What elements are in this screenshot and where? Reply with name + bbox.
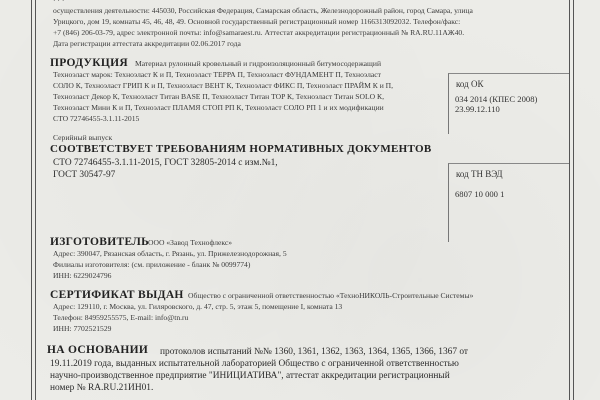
manufacturer-address: Адрес: 390047, Рязанская область, г. Ряз… bbox=[53, 249, 287, 260]
conformity-line-1: СТО 72746455-3.1.11-2015, ГОСТ 32805-201… bbox=[53, 157, 278, 170]
basis-first-line: протоколов испытаний №№ 1360, 1361, 1362… bbox=[160, 346, 468, 359]
left-border-inner bbox=[35, 0, 36, 400]
product-line-2: СОЛО К, Техноэласт ГРИП К и П, Техноэлас… bbox=[53, 81, 393, 92]
product-line-1: Техноэласт марок: Техноэласт К и П, Техн… bbox=[53, 70, 381, 81]
basis-line-3: номер № RA.RU.21ИН01. bbox=[50, 382, 153, 395]
basis-line-2: научно-производственное предприятие "ИНИ… bbox=[50, 370, 450, 383]
product-lead: Материал рулонный кровельный и гидроизол… bbox=[135, 59, 381, 70]
conformity-line-2: ГОСТ 30547-97 bbox=[53, 169, 115, 182]
right-border-outer bbox=[573, 0, 574, 400]
left-border-outer bbox=[31, 0, 32, 400]
manufacturer-branches: Филиалы изготовителя: (см. приложение - … bbox=[53, 260, 250, 271]
code-ok-box: код ОК 034 2014 (КПЕС 2008) 23.99.12.110 bbox=[448, 73, 569, 134]
product-line-4: Техноэласт Мини К и П, Техноэласт ПЛАМЯ … bbox=[53, 103, 384, 114]
top-line-3: +7 (846) 206-03-79, адрес электронной по… bbox=[53, 28, 464, 39]
certificate-page: · · · осуществления деятельности: 445030… bbox=[0, 0, 600, 400]
basis-heading: НА ОСНОВАНИИ bbox=[47, 345, 148, 356]
code-tn-ved-value: 6807 10 000 1 bbox=[455, 189, 504, 200]
issued-inn: ИНН: 7702521529 bbox=[53, 324, 111, 335]
issued-heading: СЕРТИФИКАТ ВЫДАН bbox=[50, 290, 184, 301]
issued-contact: Телефон: 84959255575, E-mail: info@tn.ru bbox=[53, 313, 188, 324]
code-tn-ved-box: код ТН ВЭД 6807 10 000 1 bbox=[448, 163, 569, 242]
code-ok-line-2: 23.99.12.110 bbox=[455, 104, 500, 115]
accreditation-date: Дата регистрации аттестата аккредитации … bbox=[53, 39, 241, 50]
top-line-2: Урицкого, дом 19, комнаты 45, 46, 48, 49… bbox=[53, 17, 460, 28]
issued-name: Общество с ограниченной ответственностью… bbox=[188, 291, 473, 302]
code-tn-ved-label: код ТН ВЭД bbox=[456, 169, 503, 179]
issued-address: Адрес: 129110, г. Москва, ул. Гиляровско… bbox=[53, 302, 342, 313]
top-line-1: осуществления деятельности: 445030, Росс… bbox=[53, 6, 473, 17]
right-border-inner bbox=[569, 0, 570, 400]
manufacturer-heading: ИЗГОТОВИТЕЛЬ bbox=[50, 237, 149, 248]
conformity-heading: СООТВЕТСТВУЕТ ТРЕБОВАНИЯМ НОРМАТИВНЫХ ДО… bbox=[50, 144, 432, 155]
manufacturer-name: ООО «Завод Технофлекс» bbox=[148, 238, 232, 249]
product-heading: ПРОДУКЦИЯ bbox=[50, 58, 128, 69]
basis-line-1: 19.11.2019 года, выданных испытательной … bbox=[50, 358, 459, 371]
product-standard: СТО 72746455-3.1.11-2015 bbox=[53, 114, 139, 125]
code-ok-label: код ОК bbox=[456, 79, 484, 89]
product-line-3: Техноэласт Декор К, Техноэласт Титан BAS… bbox=[53, 92, 384, 103]
manufacturer-inn: ИНН: 6229024796 bbox=[53, 271, 111, 282]
